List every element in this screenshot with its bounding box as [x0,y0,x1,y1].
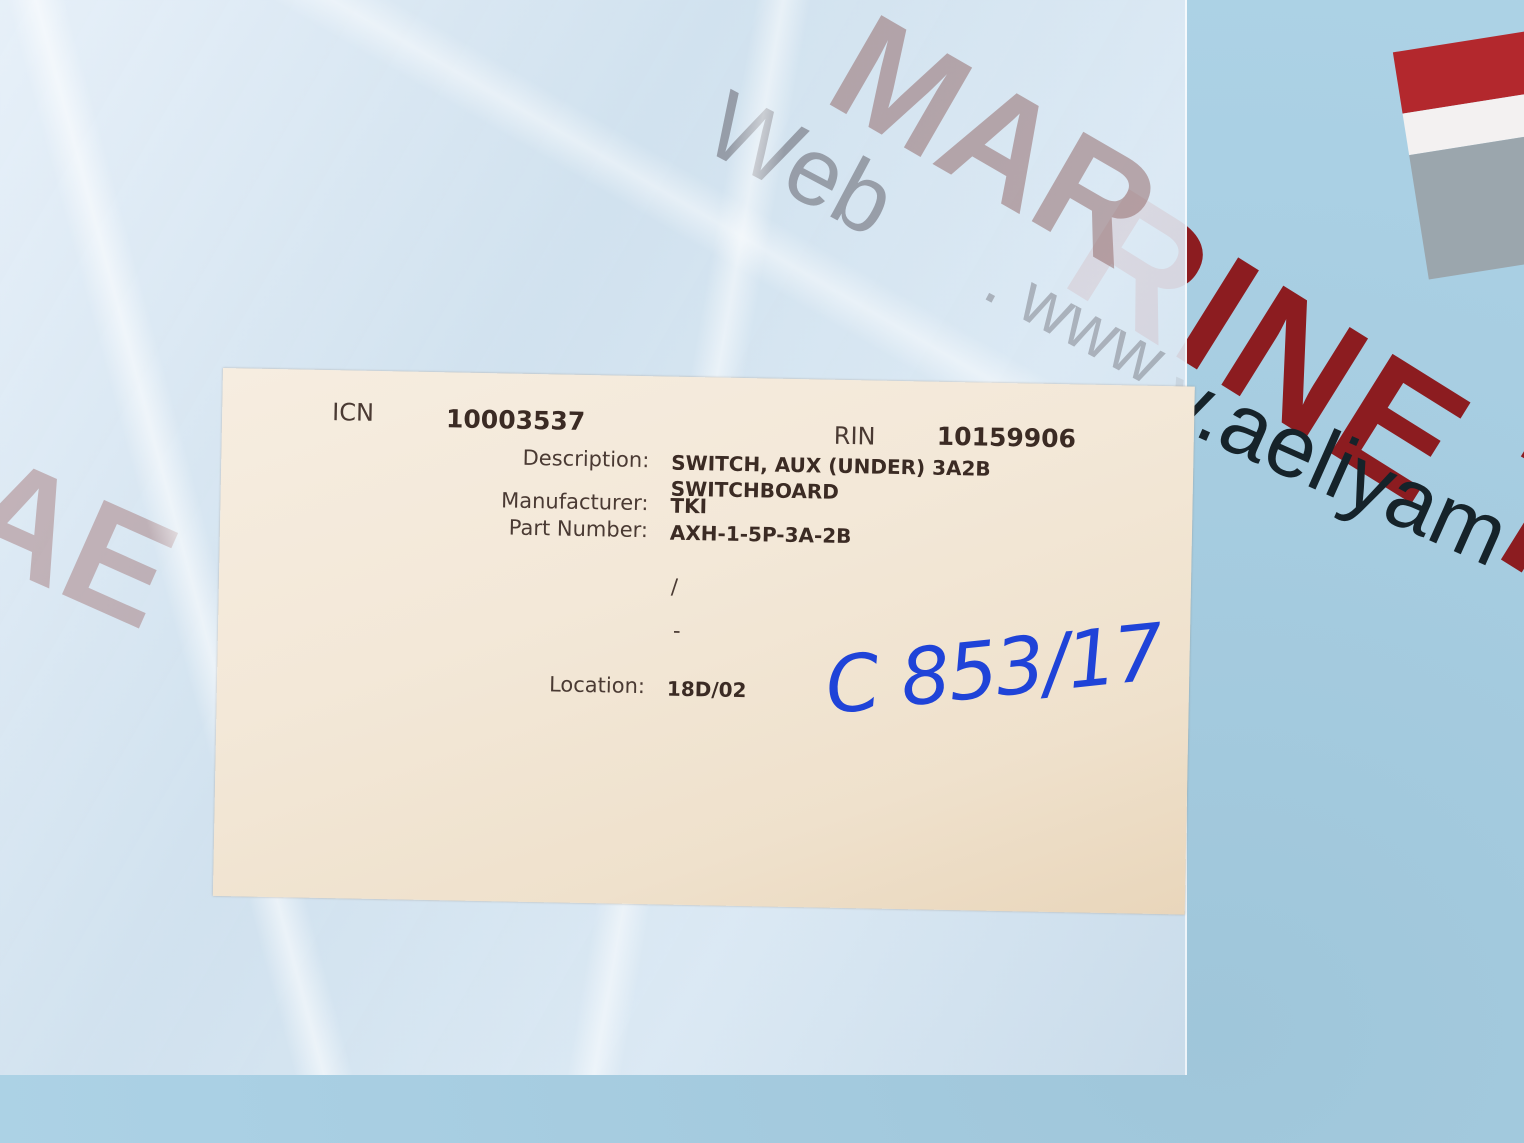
rin-label: RIN [834,422,876,451]
description-label: Description: [429,444,649,472]
bag-print-web: Web [688,70,912,259]
slash-mark: / [671,575,679,599]
rin-value: 10159906 [937,422,1077,454]
part-number-value: AXH-1-5P-3A-2B [670,521,852,548]
manufacturer-label: Manufacturer: [428,487,648,515]
dash-mark: - [673,619,681,643]
part-number-label: Part Number: [428,514,648,542]
bag-print-brand: MAR [804,0,1186,301]
icn-value: 10003537 [446,404,586,436]
description-line1: SWITCH, AUX (UNDER) 3A2B [671,451,991,481]
icn-label: ICN [332,398,374,427]
location-label: Location: [425,670,645,698]
location-value: 18D/02 [667,677,747,703]
bag-print-www: . www [972,240,1178,400]
manufacturer-value: TKI [670,494,707,519]
bag-print-faded: AE [0,420,200,663]
